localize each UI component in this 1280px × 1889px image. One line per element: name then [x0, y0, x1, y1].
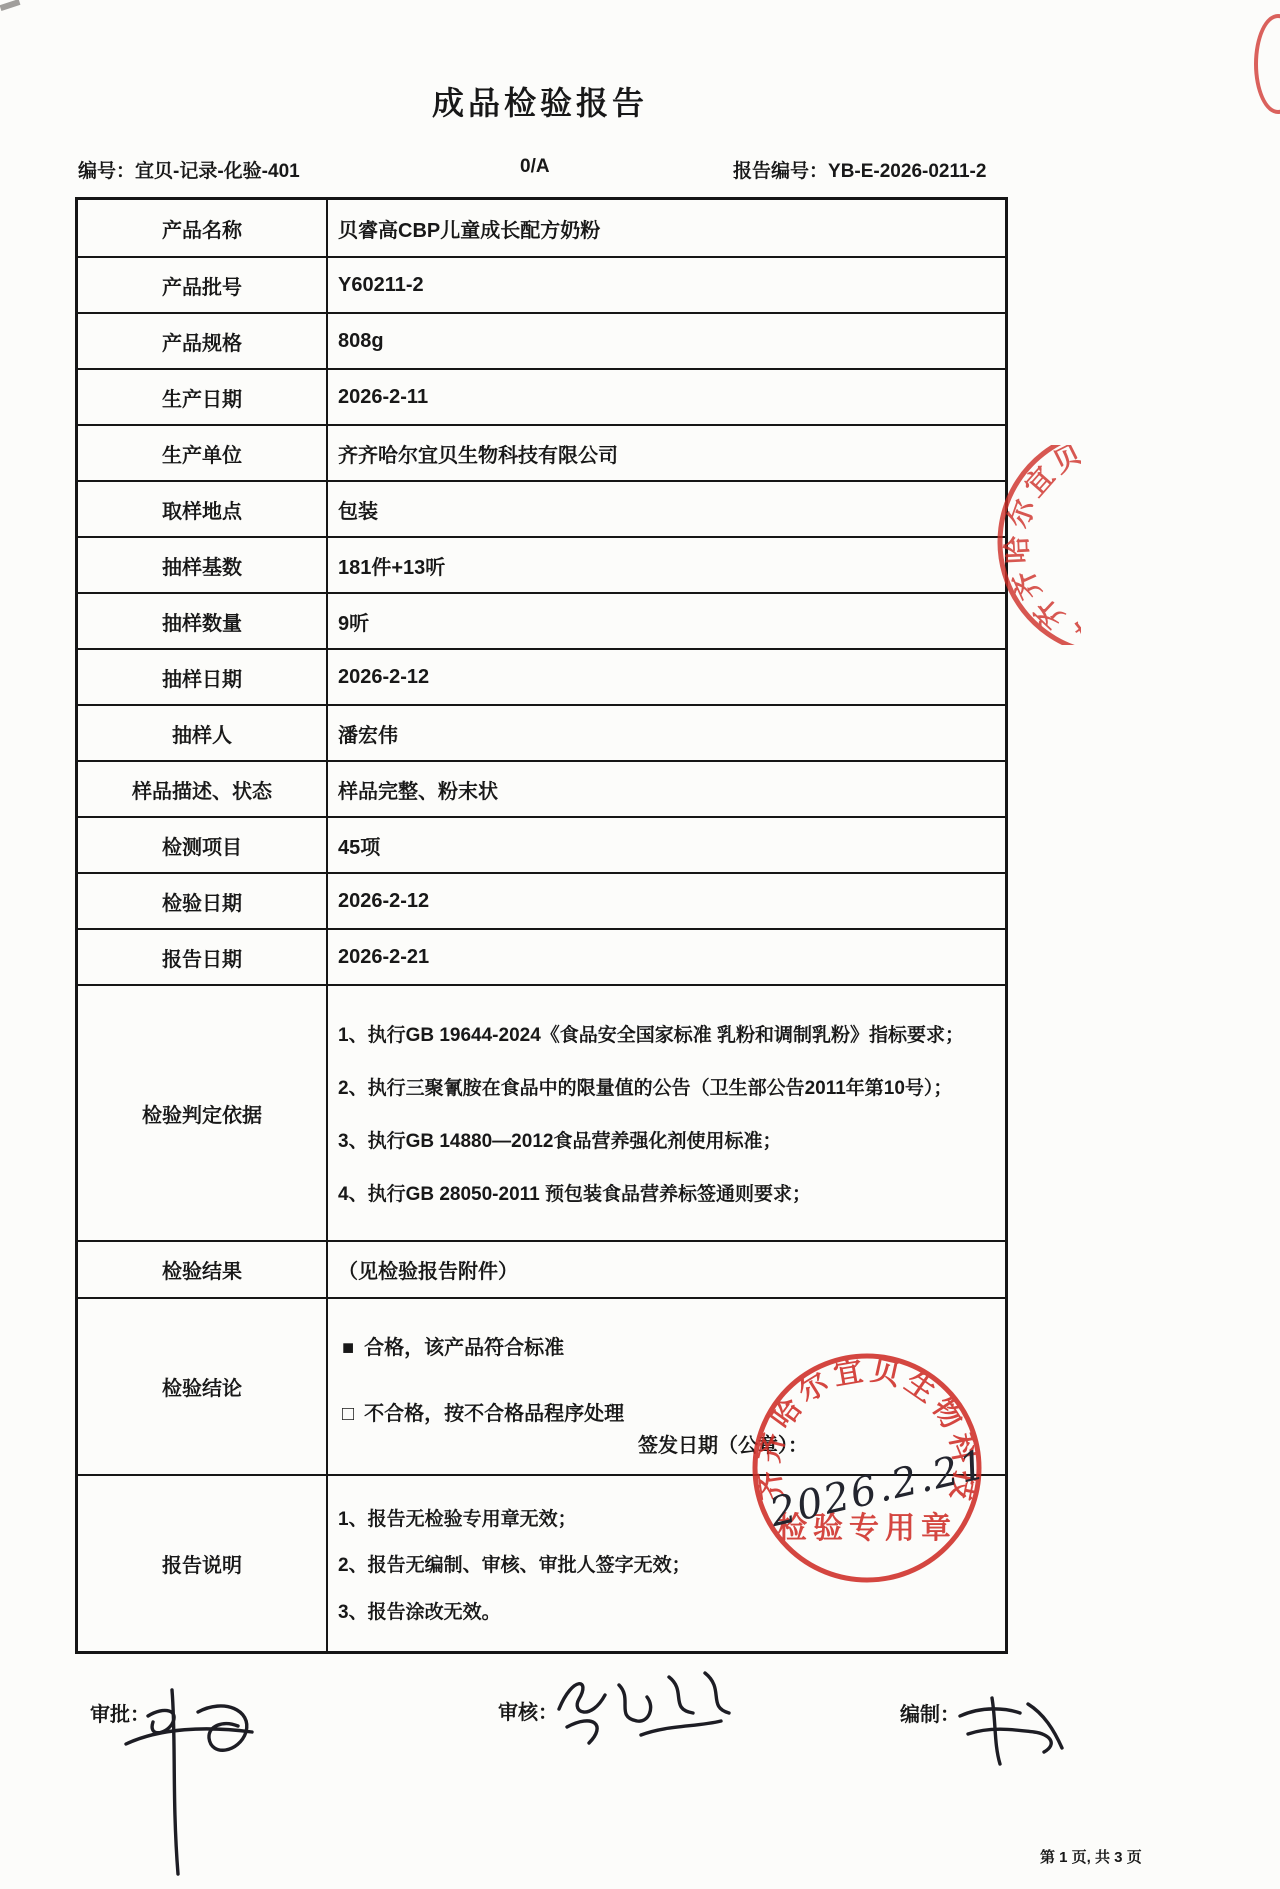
- row-label: 报告说明: [78, 1476, 328, 1651]
- row-value: 2026-2-12: [328, 874, 1005, 928]
- checkbox-fail-unchecked: □: [342, 1403, 354, 1426]
- table-row-basis: 检验判定依据 1、执行GB 19644-2024《食品安全国家标准 乳粉和调制乳…: [78, 984, 1005, 1240]
- report-page: 成品检验报告 编号：宜贝-记录-化验-401 0/A 报告编号：YB-E-202…: [0, 0, 1280, 1889]
- doc-number-label: 编号：: [78, 161, 135, 182]
- row-label: 报告日期: [78, 930, 328, 984]
- scan-corner-artifact: [0, 0, 20, 11]
- table-row: 生产单位 齐齐哈尔宜贝生物科技有限公司: [78, 424, 1005, 480]
- table-row: 抽样人 潘宏伟: [78, 704, 1005, 760]
- row-label: 样品描述、状态: [78, 762, 328, 816]
- row-value: （见检验报告附件）: [328, 1242, 1005, 1297]
- table-row: 产品批号 Y60211-2: [78, 256, 1005, 312]
- approve-signature: [118, 1676, 293, 1881]
- row-value: 2026-2-21: [328, 930, 1005, 984]
- row-label: 产品规格: [78, 314, 328, 368]
- note-item: 1、报告无检验专用章无效；: [338, 1504, 577, 1531]
- row-value: 1、执行GB 19644-2024《食品安全国家标准 乳粉和调制乳粉》指标要求；…: [328, 986, 1005, 1240]
- seal-center-text: 检验专用章: [1069, 520, 1081, 645]
- row-value: 2026-2-12: [328, 650, 1005, 704]
- row-label: 检验日期: [78, 874, 328, 928]
- table-row: 产品名称 贝睿高CBP儿童成长配方奶粉: [78, 200, 1005, 256]
- report-number: 报告编号：YB-E-2026-0211-2: [733, 156, 986, 183]
- row-label: 生产日期: [78, 370, 328, 424]
- basis-item: 1、执行GB 19644-2024《食品安全国家标准 乳粉和调制乳粉》指标要求；: [338, 1020, 964, 1047]
- table-row: 抽样基数 181件+13听: [78, 536, 1005, 592]
- row-value: 齐齐哈尔宜贝生物科技有限公司: [328, 426, 1005, 480]
- table-row: 检验日期 2026-2-12: [78, 872, 1005, 928]
- table-row: 抽样数量 9听: [78, 592, 1005, 648]
- basis-item: 4、执行GB 28050-2011 预包装食品营养标签通则要求；: [338, 1179, 811, 1206]
- row-value: 808g: [328, 314, 1005, 368]
- row-value: 样品完整、粉末状: [328, 762, 1005, 816]
- row-label: 检测项目: [78, 818, 328, 872]
- report-number-label: 报告编号：: [733, 161, 828, 182]
- note-item: 3、报告涂改无效。: [338, 1597, 501, 1624]
- row-value: 9听: [328, 594, 1005, 648]
- row-label: 抽样基数: [78, 538, 328, 592]
- row-label: 检验结果: [78, 1242, 328, 1297]
- row-value: 2026-2-11: [328, 370, 1005, 424]
- table-row: 报告日期 2026-2-21: [78, 928, 1005, 984]
- row-label: 生产单位: [78, 426, 328, 480]
- doc-number-value: 宜贝-记录-化验-401: [135, 161, 300, 182]
- review-signature: [545, 1655, 740, 1760]
- row-value: Y60211-2: [328, 258, 1005, 312]
- conclusion-pass-line: ■合格，该产品符合标准: [342, 1331, 564, 1360]
- row-value: 45项: [328, 818, 1005, 872]
- row-value: 潘宏伟: [328, 706, 1005, 760]
- table-row-result: 检验结果 （见检验报告附件）: [78, 1240, 1005, 1297]
- note-item: 2、报告无编制、审核、审批人签字无效；: [338, 1550, 691, 1577]
- table-row: 检测项目 45项: [78, 816, 1005, 872]
- conclusion-fail-line: □不合格，按不合格品程序处理: [342, 1397, 624, 1426]
- row-label: 产品批号: [78, 258, 328, 312]
- page-number: 第 1 页, 共 3 页: [1040, 1846, 1220, 1867]
- table-row: 生产日期 2026-2-11: [78, 368, 1005, 424]
- doc-version: 0/A: [520, 156, 550, 178]
- table-row: 产品规格 808g: [78, 312, 1005, 368]
- row-label: 产品名称: [78, 200, 328, 256]
- row-label: 抽样人: [78, 706, 328, 760]
- conclusion-pass-text: 合格，该产品符合标准: [364, 1337, 564, 1359]
- svg-text:齐齐哈尔宜贝生物科技有限公司: 齐齐哈尔宜贝生物科技有限公司: [993, 445, 1081, 645]
- table-row: 取样地点 包装: [78, 480, 1005, 536]
- table-row: 抽样日期 2026-2-12: [78, 648, 1005, 704]
- row-label: 抽样日期: [78, 650, 328, 704]
- basis-item: 2、执行三聚氰胺在食品中的限量值的公告（卫生部公告2011年第10号）；: [338, 1073, 952, 1100]
- table-row: 样品描述、状态 样品完整、粉末状: [78, 760, 1005, 816]
- stamp-edge-fragment-top: [1254, 14, 1280, 114]
- seal-company-text: 齐齐哈尔宜贝生物科技有限公司: [993, 445, 1081, 645]
- checkbox-pass-checked: ■: [342, 1337, 354, 1360]
- row-label: 抽样数量: [78, 594, 328, 648]
- row-label: 检验判定依据: [78, 986, 328, 1240]
- company-seal-stamp-partial: 齐齐哈尔宜贝生物科技有限公司 检验专用章: [993, 445, 1081, 645]
- row-label: 检验结论: [78, 1299, 328, 1474]
- page-title: 成品检验报告: [0, 78, 1080, 124]
- row-value: 181件+13听: [328, 538, 1005, 592]
- row-value: 包装: [328, 482, 1005, 536]
- row-label: 取样地点: [78, 482, 328, 536]
- prepare-signature: [948, 1686, 1073, 1771]
- doc-number: 编号：宜贝-记录-化验-401: [78, 156, 300, 183]
- conclusion-fail-text: 不合格，按不合格品程序处理: [364, 1403, 624, 1425]
- report-number-value: YB-E-2026-0211-2: [828, 161, 986, 182]
- basis-item: 3、执行GB 14880—2012食品营养强化剂使用标准；: [338, 1126, 781, 1153]
- row-value: 贝睿高CBP儿童成长配方奶粉: [328, 200, 1005, 256]
